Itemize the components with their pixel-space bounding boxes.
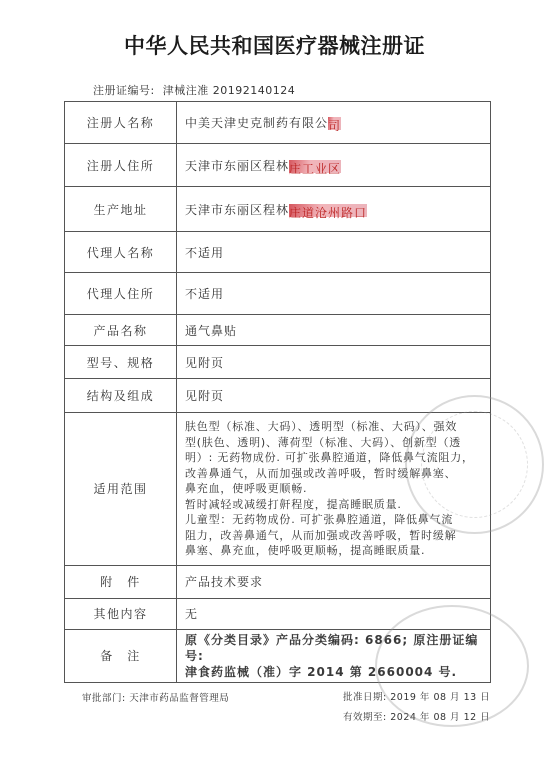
row-label: 生产地址 — [65, 187, 177, 232]
approval-department: 审批部门: 天津市药品监督管理局 — [82, 690, 229, 704]
scope-line: 明）: 无药物成份. 可扩张鼻腔通道，降低鼻气流阻力， — [185, 450, 482, 466]
agent-address: 不适用 — [177, 273, 491, 315]
row-label: 备 注 — [65, 629, 177, 682]
table-row-other: 其他内容 无 — [65, 598, 491, 629]
scope-of-application: 肤色型（标准、大码）、透明型（标准、大码）、强效 型(肤色、透明)、薄荷型（标准… — [177, 413, 491, 566]
approval-department-label: 审批部门: — [82, 693, 126, 704]
row-label: 其他内容 — [65, 598, 177, 629]
row-value: 天津市东丽区程林庄道沧州路口 — [177, 187, 491, 232]
row-label: 注册人住所 — [65, 144, 177, 187]
valid-until-label: 有效期至: — [343, 712, 387, 723]
registration-number: 津械注准 20192140124 — [163, 84, 295, 97]
scope-line: 暂时减轻或减缓打鼾程度，提高睡眠质量. — [185, 497, 482, 513]
table-row-registrant-name: 注册人名称 中美天津史克制药有限公司 — [65, 102, 491, 144]
scope-line: 肤色型（标准、大码）、透明型（标准、大码）、强效 — [185, 419, 482, 435]
table-row-scope: 适用范围 肤色型（标准、大码）、透明型（标准、大码）、强效 型(肤色、透明)、薄… — [65, 413, 491, 566]
approval-department-value: 天津市药品监督管理局 — [129, 693, 229, 704]
row-label: 结构及组成 — [65, 379, 177, 413]
table-row-attachment: 附 件 产品技术要求 — [65, 565, 491, 598]
structure-composition: 见附页 — [177, 379, 491, 413]
valid-until-value: 2024 年 08 月 12 日 — [390, 712, 490, 723]
scope-line: 阻力，改善鼻通气，从而加强或改善呼吸，暂时缓解 — [185, 528, 482, 544]
row-label: 适用范围 — [65, 413, 177, 566]
row-value: 天津市东丽区程林庄工业区 — [177, 144, 491, 187]
row-label: 附 件 — [65, 565, 177, 598]
production-address: 天津市东丽区程林 — [185, 203, 289, 217]
remark-line: 原《分类目录》产品分类编码: 6866; 原注册证编号: — [185, 632, 490, 664]
scope-line: 鼻充血，使呼吸更顺畅. — [185, 481, 482, 497]
scope-line: 鼻塞、鼻充血，使呼吸更顺畅，提高睡眠质量. — [185, 543, 482, 559]
row-label: 产品名称 — [65, 315, 177, 346]
certificate-table: 注册人名称 中美天津史克制药有限公司 注册人住所 天津市东丽区程林庄工业区 生产… — [64, 101, 491, 683]
redaction-mark: 庄工业区 — [289, 160, 341, 173]
table-row-production-address: 生产地址 天津市东丽区程林庄道沧州路口 — [65, 187, 491, 232]
registrant-address: 天津市东丽区程林 — [185, 159, 289, 173]
registration-number-line: 注册证编号: 津械注准 20192140124 — [93, 82, 295, 98]
product-name: 通气鼻贴 — [177, 315, 491, 346]
remarks: 原《分类目录》产品分类编码: 6866; 原注册证编号: 津食药监械（准）字 2… — [177, 629, 491, 682]
registrant-name: 中美天津史克制药有限公 — [185, 116, 328, 130]
row-value: 中美天津史克制药有限公司 — [177, 102, 491, 144]
row-label: 型号、规格 — [65, 346, 177, 379]
table-row-agent-address: 代理人住所 不适用 — [65, 273, 491, 315]
redaction-mark: 庄道沧州路口 — [289, 204, 367, 217]
row-label: 代理人名称 — [65, 232, 177, 273]
approval-date-label: 批准日期: — [343, 692, 387, 703]
redaction-mark: 司 — [328, 117, 341, 130]
table-row-product-name: 产品名称 通气鼻贴 — [65, 315, 491, 346]
row-label: 注册人名称 — [65, 102, 177, 144]
scope-line: 改善鼻通气，从而加强或改善呼吸，暂时缓解鼻塞、 — [185, 466, 482, 482]
table-row-remarks: 备 注 原《分类目录》产品分类编码: 6866; 原注册证编号: 津食药监械（准… — [65, 629, 491, 682]
scope-line: 儿童型：无药物成份. 可扩张鼻腔通道，降低鼻气流 — [185, 512, 482, 528]
remark-line: 津食药监械（准）字 2014 第 2660004 号. — [185, 664, 490, 680]
table-row-structure: 结构及组成 见附页 — [65, 379, 491, 413]
footer-dates: 批准日期: 2019 年 08 月 13 日 有效期至: 2024 年 08 月… — [343, 688, 490, 728]
table-row-agent-name: 代理人名称 不适用 — [65, 232, 491, 273]
attachment: 产品技术要求 — [177, 565, 491, 598]
row-label: 代理人住所 — [65, 273, 177, 315]
other-content: 无 — [177, 598, 491, 629]
document-title: 中华人民共和国医疗器械注册证 — [0, 30, 549, 60]
scope-line: 型(肤色、透明)、薄荷型（标准、大码）、创新型（透 — [185, 435, 482, 451]
agent-name: 不适用 — [177, 232, 491, 273]
registration-number-label: 注册证编号: — [93, 84, 155, 97]
approval-date-value: 2019 年 08 月 13 日 — [390, 692, 490, 703]
approval-date: 批准日期: 2019 年 08 月 13 日 — [343, 688, 490, 708]
valid-until: 有效期至: 2024 年 08 月 12 日 — [343, 708, 490, 728]
table-row-model-spec: 型号、规格 见附页 — [65, 346, 491, 379]
model-spec: 见附页 — [177, 346, 491, 379]
table-row-registrant-address: 注册人住所 天津市东丽区程林庄工业区 — [65, 144, 491, 187]
